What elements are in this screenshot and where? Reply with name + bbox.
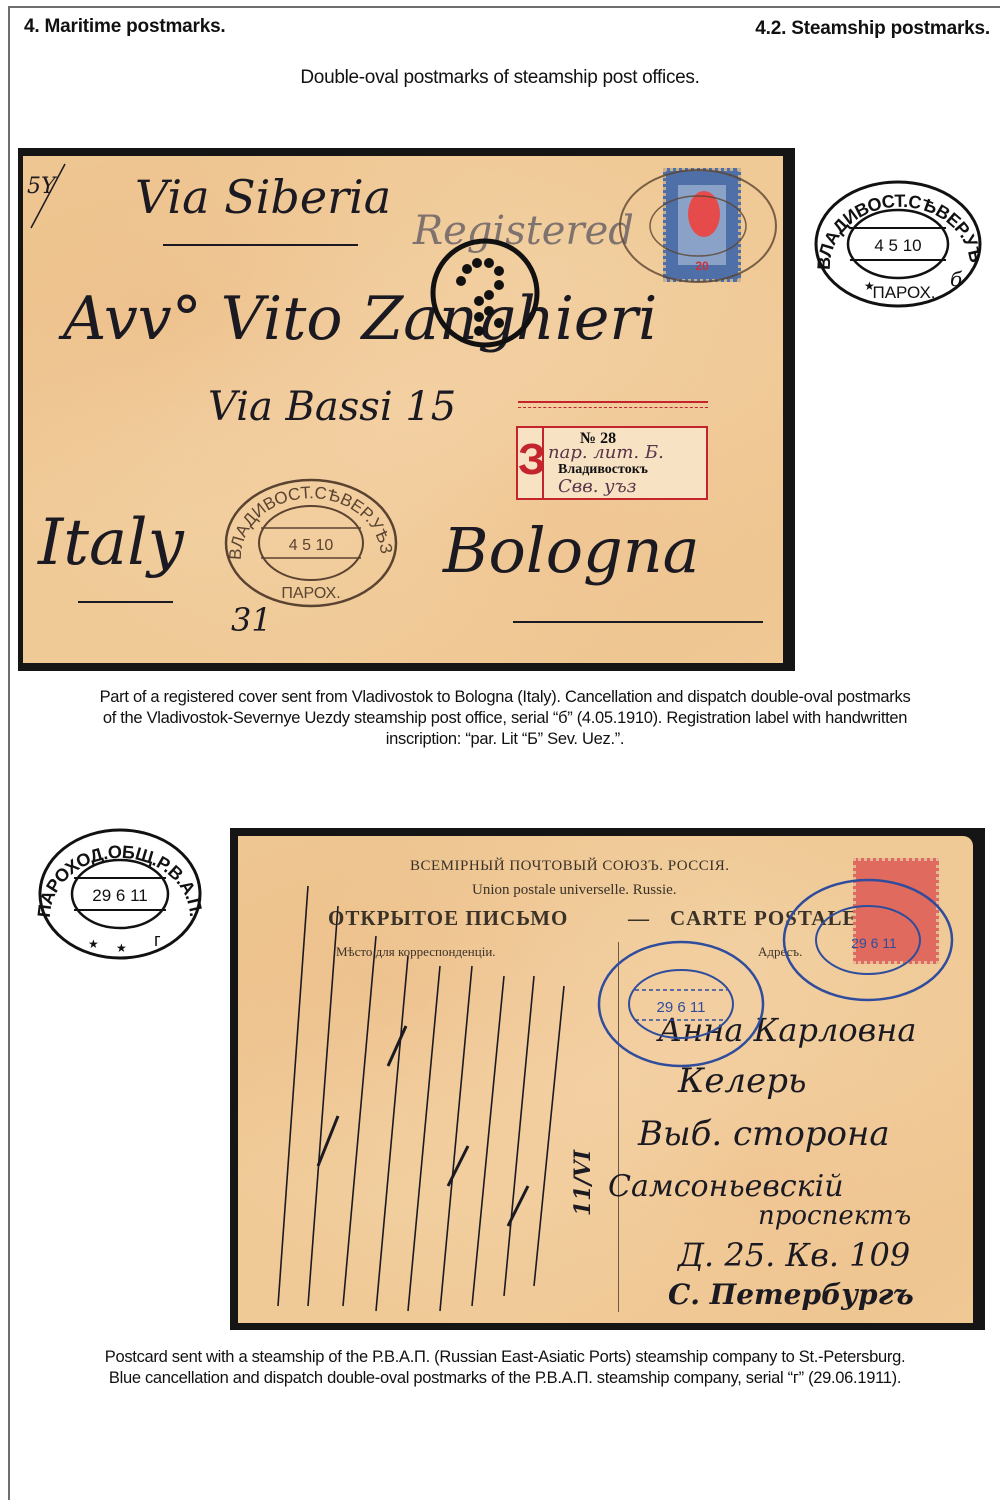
- svg-text:29 6 11: 29 6 11: [657, 999, 706, 1016]
- country-underline: [78, 601, 173, 603]
- postcard-address-6: Д. 25. Кв. 109: [678, 1236, 910, 1274]
- cover-caption-line: inscription: “par. Lit “Б” Sev. Uez.”.: [20, 729, 990, 750]
- cover-city: Bologna: [443, 514, 700, 587]
- cover-country: Italy: [38, 506, 184, 580]
- postcard-caption: Postcard sent with a steamship of the Р.…: [20, 1347, 990, 1389]
- svg-text:б: б: [950, 267, 963, 291]
- postcard-image: ВСЕМIРНЫЙ ПОЧТОВЫЙ СОЮЗЪ. РОССIЯ. Union …: [230, 828, 985, 1330]
- registration-r-mark-icon: [423, 231, 553, 361]
- subsection-title: 4.2. Steamship postmarks.: [755, 18, 990, 40]
- reference-postmark-rvap: ПАРОХОД.ОБЩ.Р.В.А.П. 29 6 11 ★ ★ г: [36, 826, 204, 962]
- registration-handwritten-2: Свв. уъз: [558, 476, 636, 497]
- cover-caption: Part of a registered cover sent from Vla…: [20, 687, 990, 750]
- svg-text:4 5 10: 4 5 10: [289, 537, 334, 554]
- postcard-postmark-top: 29 6 11: [778, 876, 958, 1006]
- reference-postmark-vladivostok: ВЛАДИВОСТ.СѢВЕР.УѢЗ 4 5 10 ★ ПАРОХ. б: [812, 178, 987, 313]
- cover-caption-line: Part of a registered cover sent from Vla…: [20, 687, 990, 708]
- postcard-address-4: Самсоньевскій: [608, 1169, 844, 1204]
- svg-text:29 6 11: 29 6 11: [851, 935, 897, 951]
- cover-caption-line: of the Vladivostok-Severnye Uezdy steams…: [20, 708, 990, 729]
- svg-text:★: ★: [116, 941, 127, 955]
- postcard-address-5: проспектъ: [758, 1201, 911, 1231]
- svg-text:29 6 11: 29 6 11: [92, 886, 147, 905]
- cover-image: 5Y Via Siberia Registered Avv° Vito Zang…: [18, 148, 795, 671]
- cover-addressee: Avv° Vito Zanghieri: [63, 284, 657, 354]
- handwritten-message: [258, 866, 598, 1316]
- cover-postmark-bottom: ВЛАДИВОСТ.СѢВЕР.УѢЗ 4 5 10 ПАРОХ.: [221, 476, 401, 611]
- cover-street: Via Bassi 15: [208, 384, 456, 430]
- cover-postmark-top: [613, 164, 783, 294]
- postcard-paper: ВСЕМIРНЫЙ ПОЧТОВЫЙ СОЮЗЪ. РОССIЯ. Union …: [238, 836, 973, 1323]
- svg-text:ПАРОХ.: ПАРОХ.: [872, 283, 935, 302]
- registration-handwritten-1: пар. лит. Б.: [548, 442, 664, 463]
- postcard-side-note: 11/VI: [570, 1150, 596, 1216]
- svg-text:★: ★: [88, 937, 99, 951]
- city-underline: [513, 621, 763, 623]
- cover-route: Via Siberia: [135, 170, 391, 224]
- cover-paper: 5Y Via Siberia Registered Avv° Vito Zang…: [23, 156, 783, 663]
- corner-slash-icon: [23, 156, 83, 236]
- section-title: 4. Maritime postmarks.: [24, 16, 226, 38]
- registration-label: З № 28 пар. лит. Б. Владивостокъ Свв. уъ…: [516, 426, 708, 500]
- page-subtitle: Double-oval postmarks of steamship post …: [0, 67, 1000, 89]
- svg-text:ПАРОХ.: ПАРОХ.: [281, 585, 340, 602]
- postcard-address-7: С. Петербургъ: [668, 1278, 914, 1311]
- postcard-title-dash: —: [628, 906, 649, 931]
- postcard-address-3: Выб. сторона: [638, 1114, 890, 1154]
- registration-letter: З: [518, 428, 544, 498]
- route-underline: [163, 244, 358, 246]
- label-top-strip: [518, 401, 708, 408]
- postcard-postmark-bottom: 29 6 11: [593, 936, 773, 1076]
- postcard-caption-line: Blue cancellation and dispatch double-ov…: [20, 1368, 990, 1389]
- svg-text:г: г: [154, 930, 161, 950]
- postcard-caption-line: Postcard sent with a steamship of the Р.…: [20, 1347, 990, 1368]
- svg-text:4 5 10: 4 5 10: [874, 236, 921, 255]
